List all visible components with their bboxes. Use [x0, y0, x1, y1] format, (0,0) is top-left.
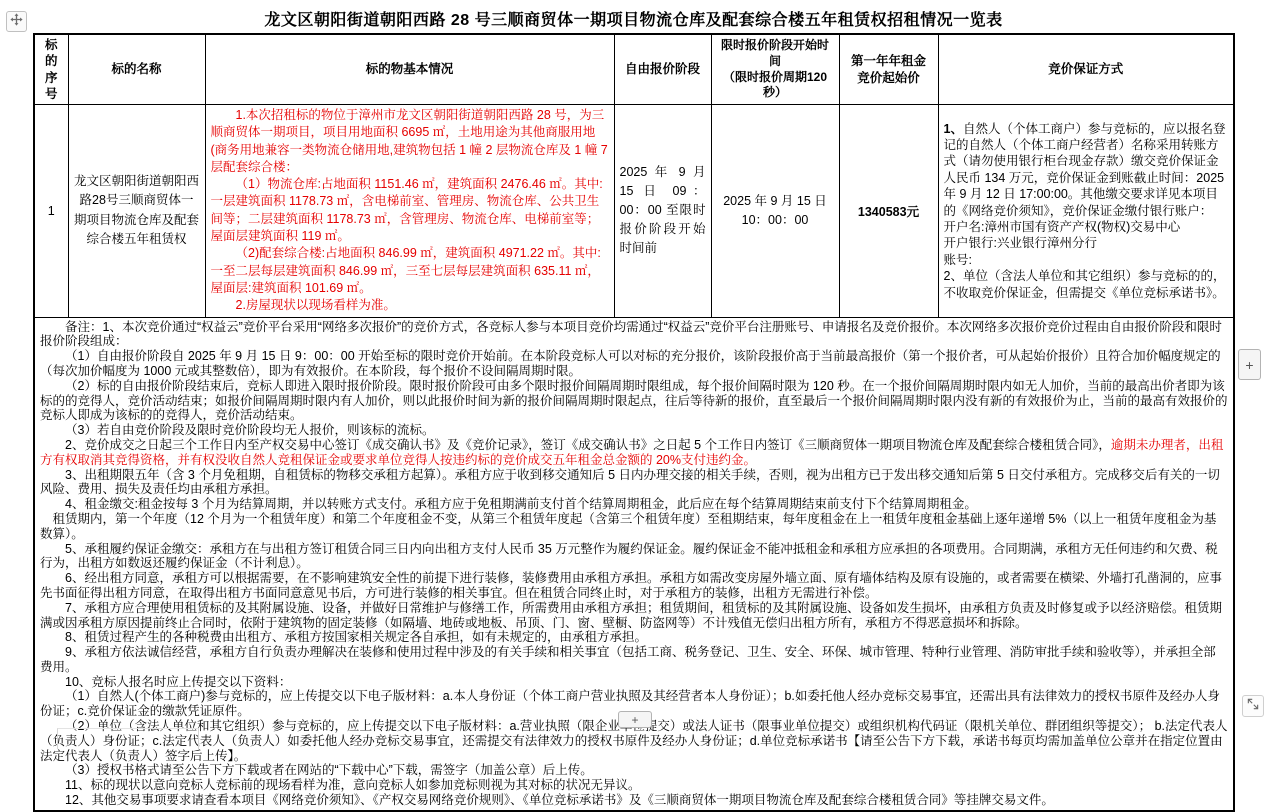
header-row: 标的 序号 标的名称 标的物基本情况 自由报价阶段 限时报价阶段开始时间 （限时… [34, 34, 1234, 105]
table-resize-handle[interactable] [1242, 695, 1264, 717]
cell-timed-stage: 2025 年 9 月 15 日 10：00：00 [711, 105, 839, 318]
move-icon [10, 13, 23, 31]
paragraph: 租赁期内，第一个年度（12 个月为一个租赁年度）和第二个年度租金不变，从第三个租… [40, 512, 1228, 542]
cell-free-stage: 2025 年 9 月 15 日 09：00：00 至限时报价阶段开始时间前 [614, 105, 711, 318]
paragraph: 6、经出租方同意，承租方可以根据需要，在不影响建筑安全性的前提下进行装修，装修费… [40, 571, 1228, 601]
col-header-name: 标的名称 [68, 34, 205, 105]
listing-table: 标的 序号 标的名称 标的物基本情况 自由报价阶段 限时报价阶段开始时间 （限时… [33, 33, 1235, 742]
paragraph: （3）若自由竞价阶段及限时竞价阶段均无人报价，则该标的流标。 [40, 423, 1228, 438]
paragraph: 7、承租方应合理使用租赁标的及其附属设施、设备，并做好日常维护与修缮工作，所需费… [40, 601, 1228, 631]
paragraph: 5、承租履约保证金缴交：承租方在与出租方签订租赁合同三日内向出租方支付人民币 3… [40, 542, 1228, 572]
paragraph: （2）标的自由报价阶段结束后，竞标人即进入限时报价阶段。限时报价阶段可由多个限时… [40, 379, 1228, 423]
paragraph: 账号: [944, 252, 1229, 268]
cell-start-price: 1340583元 [839, 105, 938, 318]
paragraph: 9、承租方依法诚信经营，承租方自行负责办理解决在装修和使用过程中涉及的有关手续和… [40, 645, 1228, 675]
cell-subject-index: 1 [34, 105, 68, 318]
insert-plus-button-right[interactable]: + [1238, 349, 1261, 380]
col-header-basic-info: 标的物基本情况 [205, 34, 614, 105]
insert-plus-button-bottom[interactable]: + [618, 711, 652, 728]
diagonal-resize-icon [1246, 697, 1260, 716]
col-header-start-price: 第一年年租金 竞价起始价 [839, 34, 938, 105]
next-page-fragment [57, 728, 199, 742]
paragraph: 1.本次招租标的物位于漳州市龙文区朝阳街道朝阳西路 28 号，为三顺商贸体一期项… [211, 107, 609, 176]
paragraph: （2)配套综合楼:占地面积 846.99 ㎡，建筑面积 4971.22 ㎡。其中… [211, 245, 609, 297]
paragraph: 备注：1、本次竞价通过“权益云”竞价平台采用“网络多次报价”的竞价方式，各竞标人… [40, 320, 1228, 350]
paragraph: 3、出租期限五年（含 3 个月免租期，自租赁标的物移交承租方起算）。承租方应于收… [40, 468, 1228, 498]
notes-cell: 备注：1、本次竞价通过“权益云”竞价平台采用“网络多次报价”的竞价方式，各竞标人… [34, 317, 1234, 742]
plus-icon: + [631, 714, 638, 726]
cell-subject-name: 龙文区朝阳街道朝阳西路28号三顺商贸体一期项目物流仓库及配套综合楼五年租赁权 [68, 105, 205, 318]
paragraph: 开户名:漳州市国有资产产权(物权)交易中心 [944, 219, 1229, 235]
col-header-deposit-method: 竞价保证方式 [938, 34, 1234, 105]
table-move-handle[interactable] [6, 11, 27, 32]
cell-basic-info: 1.本次招租标的物位于漳州市龙文区朝阳街道朝阳西路 28 号，为三顺商贸体一期项… [205, 105, 614, 318]
cell-deposit-method: 1、自然人（个体工商户）参与竞标的，应以报名登记的自然人（个体工商户经营者）名称… [938, 105, 1234, 318]
paragraph: 4、租金缴交:租金按每 3 个月为结算周期，并以转账方式支付。承租方应于免租期满… [40, 497, 1228, 512]
col-header-index: 标的 序号 [34, 34, 68, 105]
paragraph: 2.房屋现状以现场看样为准。 [211, 297, 609, 314]
plus-icon: + [1245, 358, 1253, 372]
paragraph: （1）物流仓库:占地面积 1151.46 ㎡，建筑面积 2476.46 ㎡。其中… [211, 176, 609, 245]
paragraph: 8、租赁过程产生的各种税费由出租方、承租方按国家相关规定各自承担，如有未规定的，… [40, 630, 1228, 645]
paragraph: （1）自由报价阶段自 2025 年 9 月 15 日 9：00：00 开始至标的… [40, 349, 1228, 379]
table-row: 1 龙文区朝阳街道朝阳西路28号三顺商贸体一期项目物流仓库及配套综合楼五年租赁权… [34, 105, 1234, 318]
col-header-timed-stage: 限时报价阶段开始时间 （限时报价周期120秒） [711, 34, 839, 105]
paragraph: 10、竞标人报名时应上传提交以下资料： [40, 675, 1228, 690]
word-document-page: 龙文区朝阳街道朝阳西路 28 号三顺商贸体一期项目物流仓库及配套综合楼五年租赁权… [0, 0, 1267, 742]
notes-row: 备注：1、本次竞价通过“权益云”竞价平台采用“网络多次报价”的竞价方式，各竞标人… [34, 317, 1234, 742]
paragraph: 1、自然人（个体工商户）参与竞标的，应以报名登记的自然人（个体工商户经营者）名称… [944, 121, 1229, 219]
paragraph: 2、单位（含法人单位和其它组织）参与竞标的的，不收取竞价保证金，但需提交《单位竞… [944, 268, 1229, 301]
col-header-free-stage: 自由报价阶段 [614, 34, 711, 105]
paragraph: 开户银行:兴业银行漳州分行 [944, 235, 1229, 251]
paragraph: 2、竞价成交之日起三个工作日内至产权交易中心签订《成交确认书》及《竞价记录》，签… [40, 438, 1228, 468]
page-title: 龙文区朝阳街道朝阳西路 28 号三顺商贸体一期项目物流仓库及配套综合楼五年租赁权… [0, 7, 1267, 30]
